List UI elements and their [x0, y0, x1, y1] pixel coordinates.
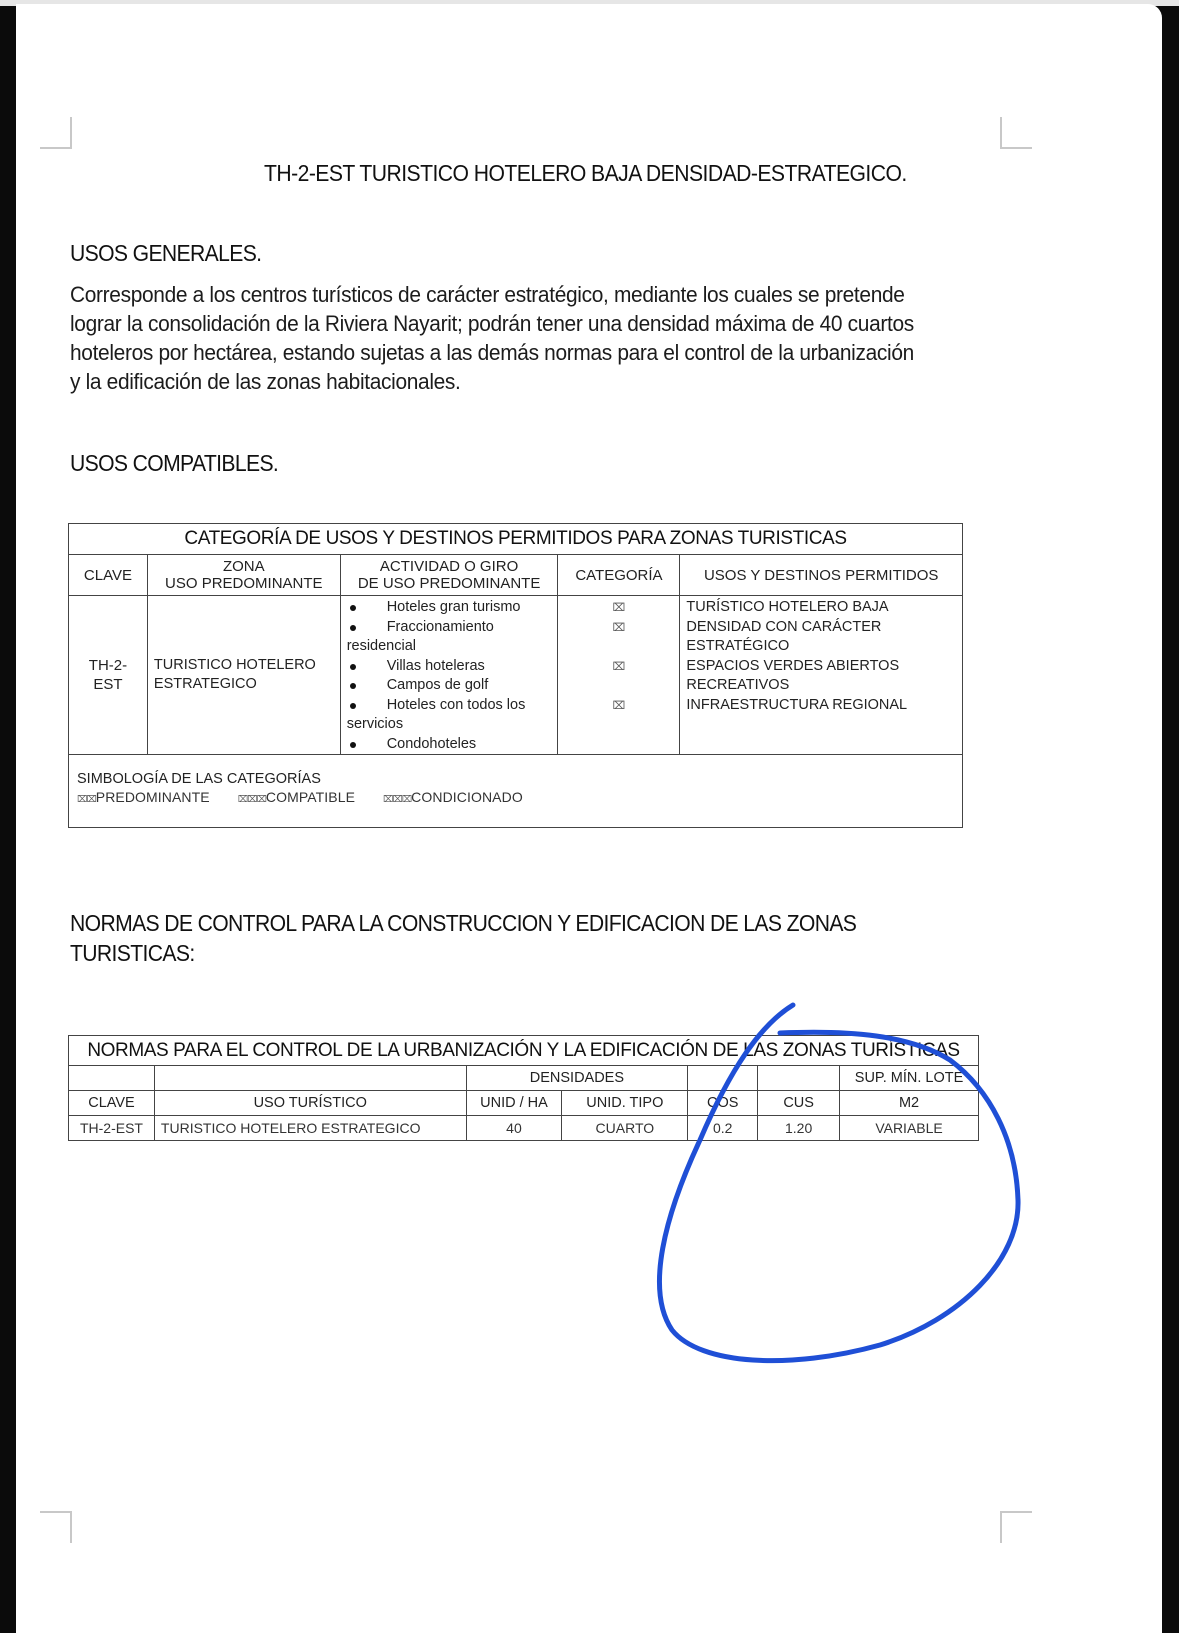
table-cell: TH-2-EST: [69, 1116, 155, 1141]
margin-corner-top-left: [40, 117, 72, 149]
uso-line: ESPACIOS VERDES ABIERTOS: [686, 657, 962, 677]
header-zona-line2: USO PREDOMINANTE: [148, 575, 340, 592]
activity-item: Villas hoteleras: [347, 657, 558, 677]
group-densidades: DENSIDADES: [466, 1066, 688, 1091]
table-cell: VARIABLE: [840, 1116, 979, 1141]
category-symbols: ⌧⌧⌧⌧: [558, 596, 679, 716]
table-row: TH-2-ESTTURISTICO HOTELERO ESTRATEGICO40…: [69, 1116, 979, 1141]
header-actividad-line1: ACTIVIDAD O GIRO: [341, 558, 558, 575]
header-zona: ZONA USO PREDOMINANTE: [147, 555, 340, 596]
activity-item: Condohoteles: [347, 735, 558, 755]
activity-item: Hoteles con todos losservicios: [347, 696, 558, 735]
table-normas-caption: NORMAS PARA EL CONTROL DE LA URBANIZACIÓ…: [69, 1036, 979, 1066]
clave-line1: TH-2-: [69, 656, 147, 675]
category-symbol-icon: ⌧: [558, 697, 679, 717]
category-symbol-icon: ⌧: [558, 619, 679, 639]
legend-title: SIMBOLOGÍA DE LAS CATEGORÍAS: [77, 771, 962, 787]
legend-item: ⌧⌧⌧CONDICIONADO: [383, 789, 523, 805]
group-empty-1: [69, 1066, 155, 1091]
group-sup-min-lote: SUP. MÍN. LOTE: [840, 1066, 979, 1091]
table-categorias-caption: CATEGORÍA DE USOS Y DESTINOS PERMITIDOS …: [69, 524, 963, 555]
cell-zona: TURISTICO HOTELERO ESTRATEGICO: [147, 596, 340, 755]
table-normas-header: CLAVEUSO TURÍSTICOUNID / HAUNID. TIPOCOS…: [69, 1091, 979, 1116]
cell-usos: TURÍSTICO HOTELERO BAJADENSIDAD CON CARÁ…: [680, 596, 963, 755]
uso-line: ESTRATÉGICO: [686, 637, 962, 657]
cell-clave: TH-2- EST: [69, 596, 148, 755]
paragraph-usos-generales: Corresponde a los centros turísticos de …: [70, 280, 925, 396]
category-symbol-icon: ⌧: [558, 599, 679, 619]
column-header: CLAVE: [69, 1091, 155, 1116]
table-cell: 40: [466, 1116, 562, 1141]
legend-cell: SIMBOLOGÍA DE LAS CATEGORÍAS ⌧⌧PREDOMINA…: [69, 755, 963, 828]
legend-item: ⌧⌧PREDOMINANTE: [77, 789, 210, 805]
table-cell: TURISTICO HOTELERO ESTRATEGICO: [154, 1116, 466, 1141]
uso-line: DENSIDAD CON CARÁCTER: [686, 618, 962, 638]
category-symbol-icon: ⌧: [558, 658, 679, 678]
header-categoria: CATEGORÍA: [558, 555, 680, 596]
document-title: TH-2-EST TURISTICO HOTELERO BAJA DENSIDA…: [264, 160, 907, 187]
uso-line: RECREATIVOS: [686, 676, 962, 696]
table-categorias: CATEGORÍA DE USOS Y DESTINOS PERMITIDOS …: [68, 523, 963, 828]
legend-symbol-icon: ⌧⌧⌧: [238, 794, 266, 804]
table-normas: NORMAS PARA EL CONTROL DE LA URBANIZACIÓ…: [68, 1035, 979, 1141]
column-header: CUS: [758, 1091, 840, 1116]
zona-line2: ESTRATEGICO: [154, 675, 340, 695]
cell-actividades: Hoteles gran turismoFraccionamientoresid…: [340, 596, 558, 755]
zona-line1: TURISTICO HOTELERO: [154, 656, 340, 676]
group-empty-4: [758, 1066, 840, 1091]
column-header: UNID / HA: [466, 1091, 562, 1116]
header-zona-line1: ZONA: [148, 558, 340, 575]
margin-corner-top-right: [1000, 117, 1032, 149]
table-cell: 1.20: [758, 1116, 840, 1141]
legend-items: ⌧⌧PREDOMINANTE⌧⌧⌧COMPATIBLE⌧⌧⌧CONDICIONA…: [77, 789, 962, 805]
uso-line: INFRAESTRUCTURA REGIONAL: [686, 696, 962, 716]
heading-normas: NORMAS DE CONTROL PARA LA CONSTRUCCION Y…: [70, 908, 953, 968]
column-header: COS: [688, 1091, 758, 1116]
table-normas-body: TH-2-ESTTURISTICO HOTELERO ESTRATEGICO40…: [69, 1116, 979, 1141]
legend-item: ⌧⌧⌧COMPATIBLE: [238, 789, 355, 805]
table-cell: 0.2: [688, 1116, 758, 1141]
legend-symbol-icon: ⌧⌧: [77, 794, 96, 804]
table-cell: CUARTO: [562, 1116, 688, 1141]
heading-usos-compatibles: USOS COMPATIBLES.: [70, 450, 278, 477]
category-symbol-icon: [558, 638, 679, 658]
group-empty-2: [154, 1066, 466, 1091]
heading-usos-generales: USOS GENERALES.: [70, 240, 261, 267]
category-symbol-icon: [558, 677, 679, 697]
uso-line: TURÍSTICO HOTELERO BAJA: [686, 598, 962, 618]
column-header: M2: [840, 1091, 979, 1116]
cell-categoria: ⌧⌧⌧⌧: [558, 596, 680, 755]
activity-item: Hoteles gran turismo: [347, 598, 558, 618]
header-actividad-line2: DE USO PREDOMINANTE: [341, 575, 558, 592]
margin-corner-bottom-left: [40, 1511, 72, 1543]
usos-list: TURÍSTICO HOTELERO BAJADENSIDAD CON CARÁ…: [686, 598, 962, 715]
activity-item: Fraccionamientoresidencial: [347, 618, 558, 657]
group-empty-3: [688, 1066, 758, 1091]
activity-list: Hoteles gran turismoFraccionamientoresid…: [341, 596, 558, 754]
margin-corner-bottom-right: [1000, 1511, 1032, 1543]
activity-item: Campos de golf: [347, 676, 558, 696]
column-header: UNID. TIPO: [562, 1091, 688, 1116]
clave-line2: EST: [69, 675, 147, 694]
header-usos: USOS Y DESTINOS PERMITIDOS: [680, 555, 963, 596]
header-clave: CLAVE: [69, 555, 148, 596]
header-actividad: ACTIVIDAD O GIRO DE USO PREDOMINANTE: [340, 555, 558, 596]
column-header: USO TURÍSTICO: [154, 1091, 466, 1116]
legend-symbol-icon: ⌧⌧⌧: [383, 794, 411, 804]
